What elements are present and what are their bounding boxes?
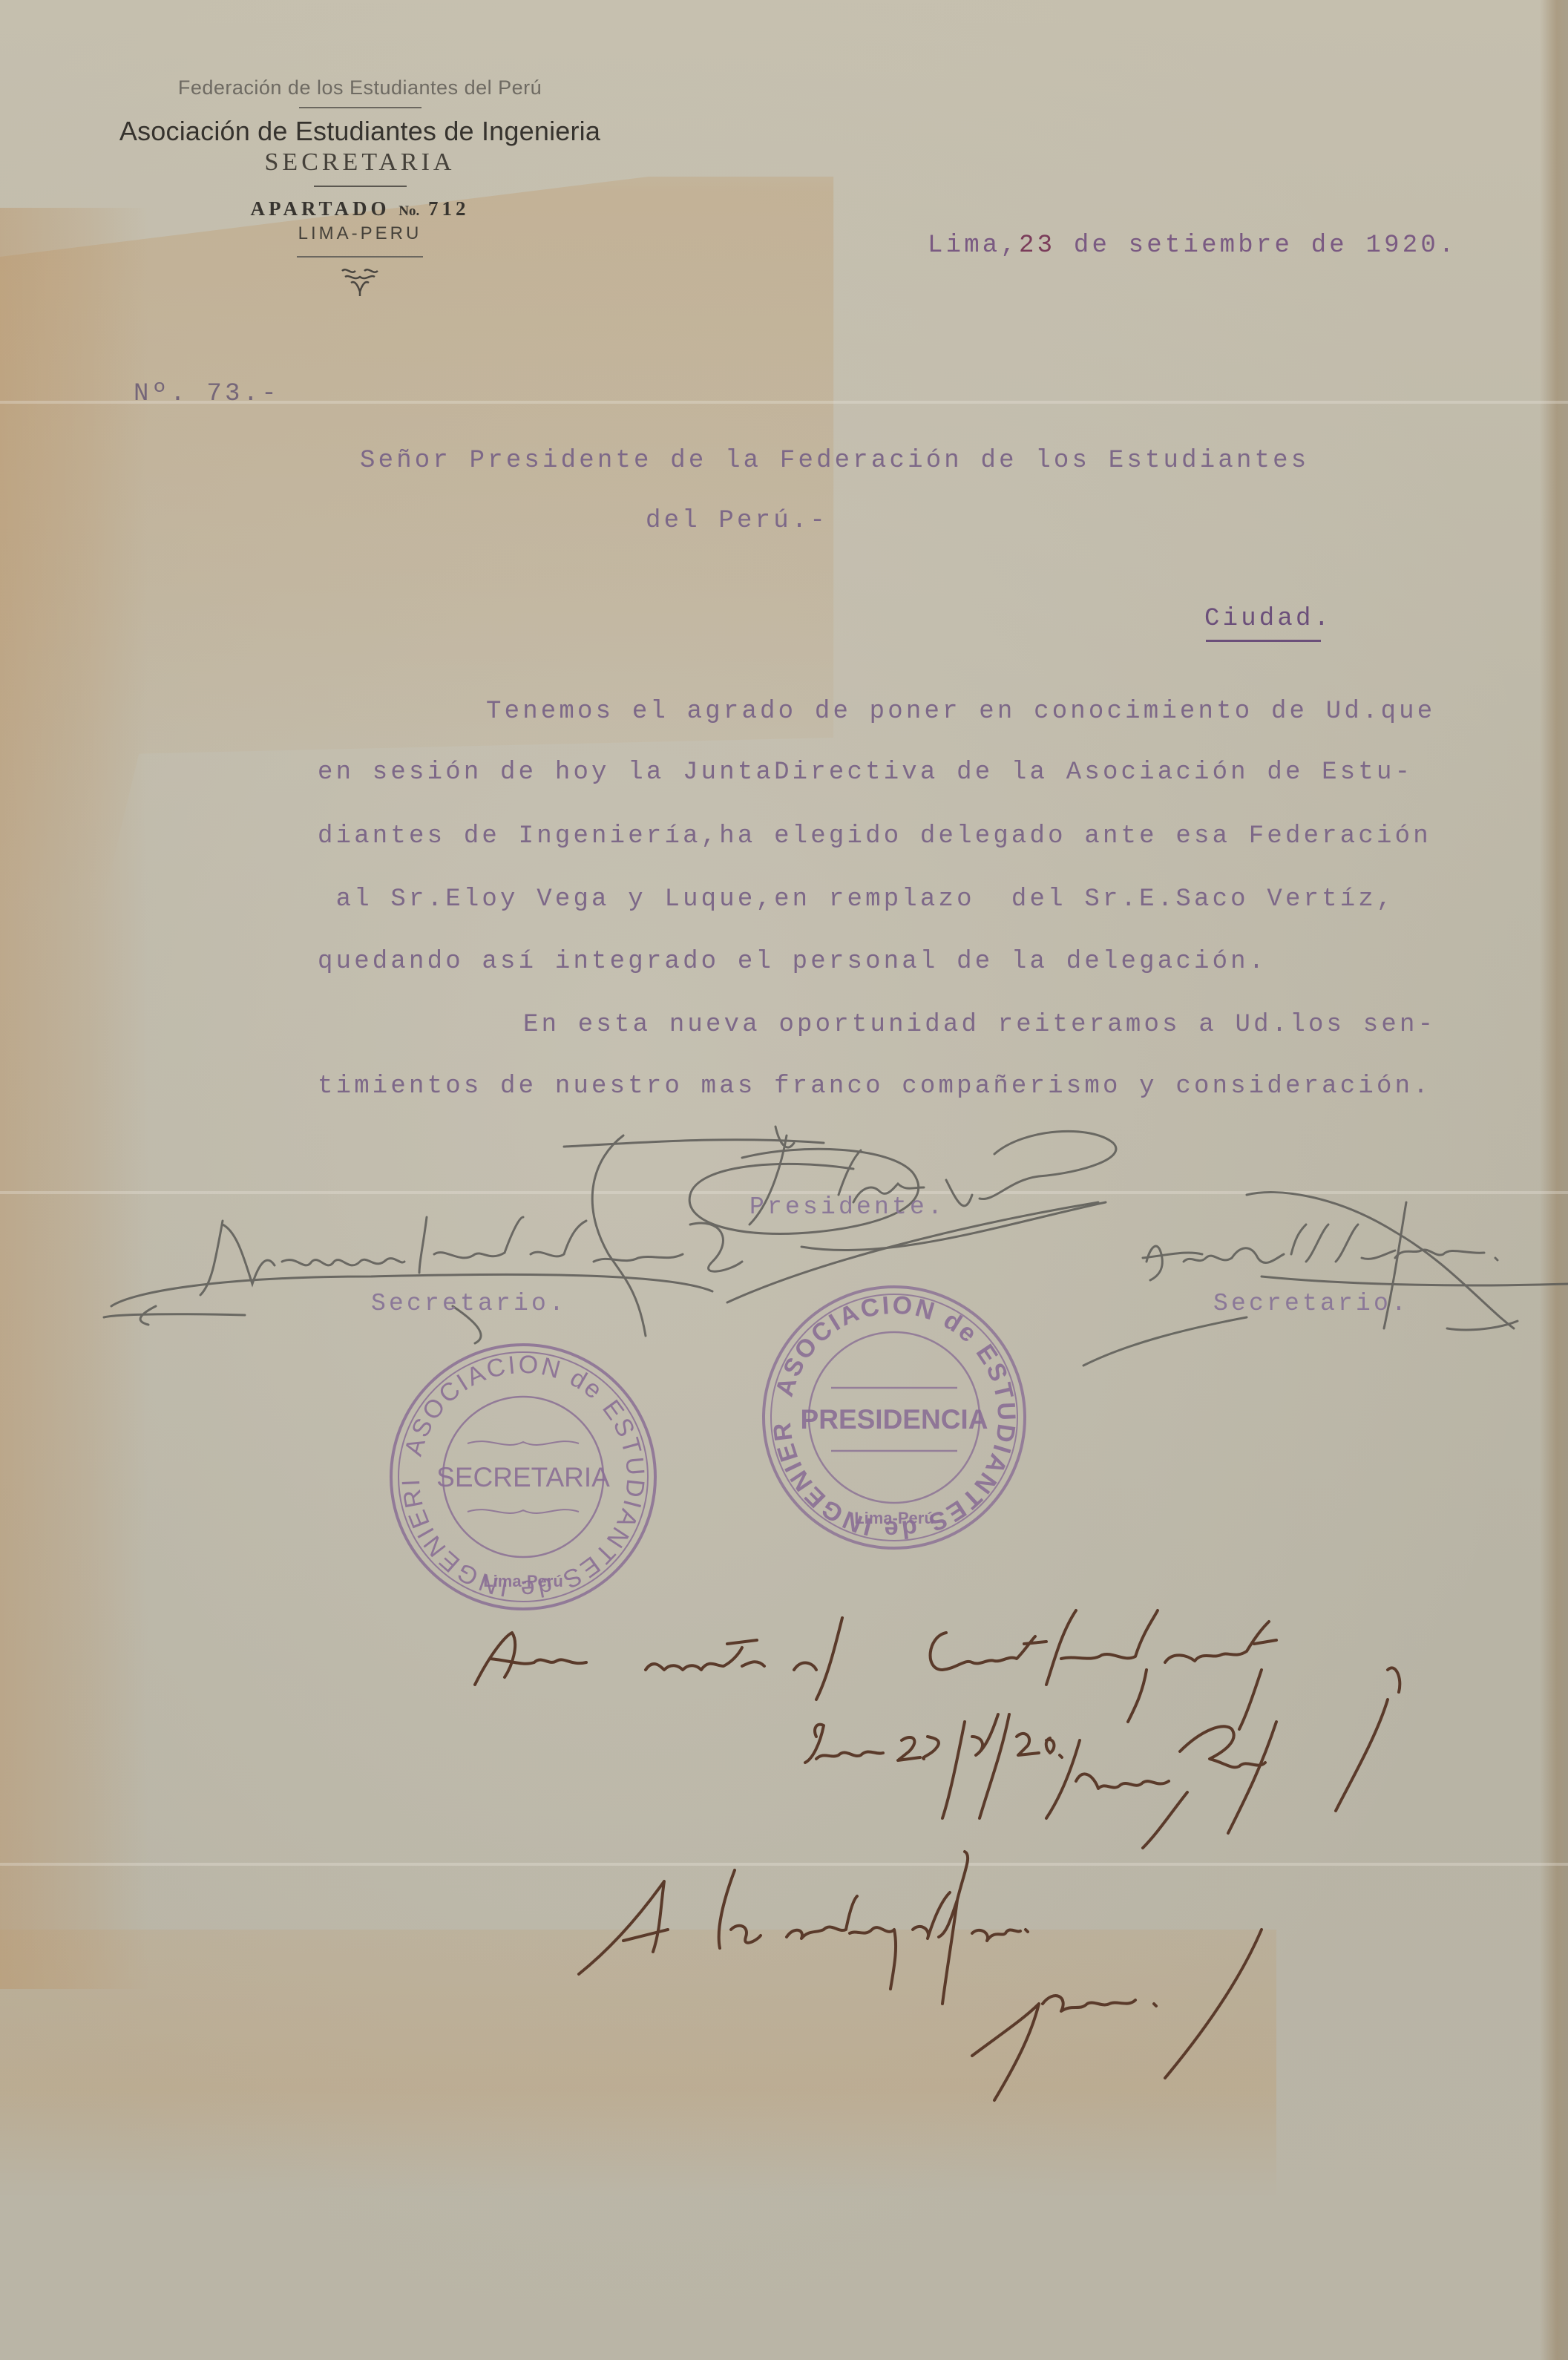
ink-annotations bbox=[0, 0, 1568, 2360]
